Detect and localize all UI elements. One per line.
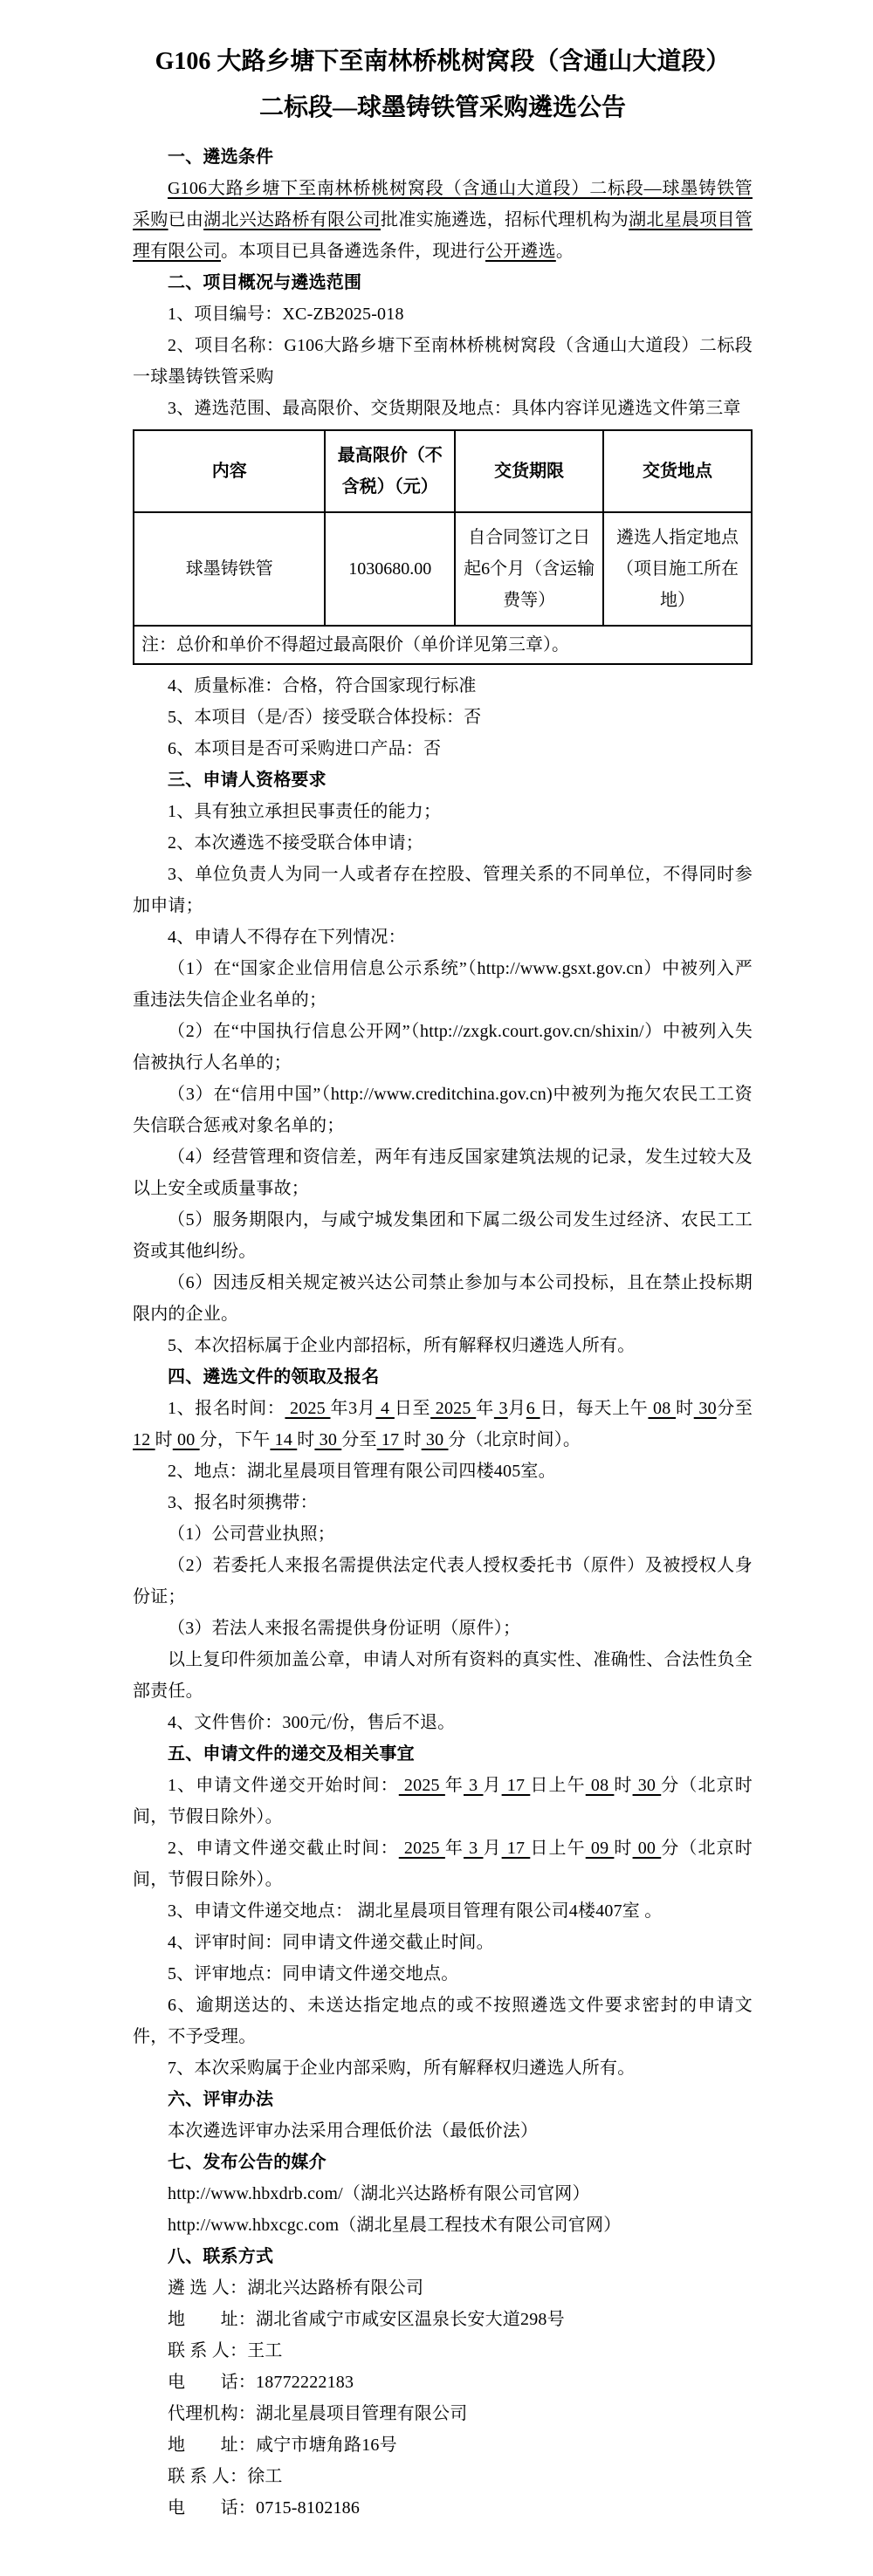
underlined-text: 08 xyxy=(586,1776,615,1795)
paragraph: 3、报名时须携带： xyxy=(133,1487,753,1518)
text-run: （6）因违反相关规定被兴达公司禁止参加与本公司投标，且在禁止投标期限内的企业。 xyxy=(133,1273,753,1324)
scope-table: 内容最高限价（不含税）（元）交货期限交货地点球墨铸铁管1030680.00自合同… xyxy=(133,429,753,665)
table-note-row: 注：总价和单价不得超过最高限价（单价详见第三章）。 xyxy=(134,626,752,664)
text-run: 2、地点：湖北星晨项目管理有限公司四楼405室。 xyxy=(168,1462,556,1481)
text-run: 年3月 xyxy=(331,1399,376,1418)
text-run: 5、本次招标属于企业内部招标，所有解释权归遴选人所有。 xyxy=(168,1336,635,1355)
text-run: http://www.hbxdrb.com/（湖北兴达路桥有限公司官网） xyxy=(168,2184,590,2203)
text-run: 1、申请文件递交开始时间： xyxy=(168,1776,399,1795)
text-run: 联 系 人：徐工 xyxy=(168,2467,283,2486)
underlined-text: 12 xyxy=(133,1430,155,1449)
paragraph: 3、遴选范围、最高限价、交货期限及地点：具体内容详见遴选文件第三章 xyxy=(133,393,753,424)
text-run: 分至 xyxy=(717,1399,753,1418)
text-run: 四、遴选文件的领取及报名 xyxy=(168,1367,379,1387)
underlined-text: 00 xyxy=(633,1839,662,1858)
paragraph: 电 话：0715-8102186 xyxy=(133,2492,753,2524)
paragraph: 1、项目编号：XC-ZB2025-018 xyxy=(133,298,753,330)
underlined-text: 17 xyxy=(502,1839,531,1858)
paragraph: 5、本项目（是/否）接受联合体投标：否 xyxy=(133,702,753,733)
paragraph: （5）服务期限内，与咸宁城发集团和下属二级公司发生过经济、农民工工资或其他纠纷。 xyxy=(133,1204,753,1267)
document-title: G106 大路乡塘下至南林桥桃树窝段（含通山大道段） 二标段—球墨铸铁管采购遴选… xyxy=(133,38,753,131)
text-run: 时 xyxy=(614,1776,632,1795)
underlined-text: 30 xyxy=(314,1430,341,1449)
text-run: 八、联系方式 xyxy=(168,2247,273,2266)
paragraph: 地 址：咸宁市塘角路16号 xyxy=(133,2429,753,2461)
text-run: 地 址：湖北省咸宁市咸安区温泉长安大道298号 xyxy=(168,2310,565,2329)
section-heading: 五、申请文件的递交及相关事宜 xyxy=(133,1738,753,1770)
text-run: 一、遴选条件 xyxy=(168,147,273,167)
underlined-text: 17 xyxy=(377,1430,404,1449)
table-cell: 遴选人指定地点（项目施工所在地） xyxy=(603,512,752,626)
section-heading: 二、项目概况与遴选范围 xyxy=(133,267,753,298)
text-run: 年 xyxy=(445,1839,464,1858)
paragraph: 5、评审地点：同申请文件递交地点。 xyxy=(133,1958,753,1990)
text-run: 时 xyxy=(614,1839,632,1858)
paragraph: （6）因违反相关规定被兴达公司禁止参加与本公司投标，且在禁止投标期限内的企业。 xyxy=(133,1267,753,1330)
underlined-text: 2025 xyxy=(399,1776,445,1795)
text-run: 。本项目已具备遴选条件，现进行 xyxy=(221,242,485,261)
underlined-text: 6 xyxy=(526,1399,540,1418)
underlined-text: 4 xyxy=(375,1399,394,1418)
text-run: 5、评审地点：同申请文件递交地点。 xyxy=(168,1964,458,1983)
text-run: （1）公司营业执照； xyxy=(168,1524,335,1544)
text-run: 时 xyxy=(676,1399,694,1418)
text-run: 日上午 xyxy=(530,1776,585,1795)
paragraph: 2、地点：湖北星晨项目管理有限公司四楼405室。 xyxy=(133,1456,753,1487)
announcement-document: G106 大路乡塘下至南林桥桃树窝段（含通山大道段） 二标段—球墨铸铁管采购遴选… xyxy=(0,0,873,2576)
table-cell: 球墨铸铁管 xyxy=(134,512,325,626)
text-run: 4、评审时间：同申请文件递交截止时间。 xyxy=(168,1933,494,1952)
section-heading: 七、发布公告的媒介 xyxy=(133,2147,753,2178)
text-run: 年 xyxy=(476,1399,494,1418)
table-note: 注：总价和单价不得超过最高限价（单价详见第三章）。 xyxy=(134,626,752,664)
underlined-text: 08 xyxy=(648,1399,676,1418)
underlined-text: 3 xyxy=(464,1776,483,1795)
table-header-cell: 最高限价（不含税）（元） xyxy=(325,430,455,512)
document-title-line2: 二标段—球墨铸铁管采购遴选公告 xyxy=(133,85,753,131)
underlined-text: 湖北兴达路桥有限公司 xyxy=(203,210,381,230)
text-run: 电 话：0715-8102186 xyxy=(168,2498,360,2518)
paragraph: 电 话：18772222183 xyxy=(133,2367,753,2398)
text-run: 日至 xyxy=(395,1399,430,1418)
underlined-text: 2025 xyxy=(285,1399,330,1418)
document-body: 一、遴选条件G106大路乡塘下至南林桥桃树窝段（含通山大道段）二标段—球墨铸铁管… xyxy=(133,141,753,2524)
paragraph: （1）在“国家企业信用信息公示系统”（http://www.gsxt.gov.c… xyxy=(133,953,753,1016)
paragraph: http://www.hbxcgc.com（湖北星晨工程技术有限公司官网） xyxy=(133,2209,753,2241)
text-run: （2）若委托人来报名需提供法定代表人授权委托书（原件）及被授权人身份证； xyxy=(133,1556,753,1607)
text-run: 。 xyxy=(556,242,574,261)
paragraph: （4）经营管理和资信差，两年有违反国家建筑法规的记录，发生过较大及以上安全或质量… xyxy=(133,1141,753,1204)
paragraph: 3、单位负责人为同一人或者存在控股、管理关系的不同单位，不得同时参加申请； xyxy=(133,859,753,921)
table-header-row: 内容最高限价（不含税）（元）交货期限交货地点 xyxy=(134,430,752,512)
underlined-text: 3 xyxy=(464,1839,483,1858)
text-run: 已由 xyxy=(168,210,204,230)
text-run: 地 址：咸宁市塘角路16号 xyxy=(168,2436,397,2455)
table-row: 球墨铸铁管1030680.00自合同签订之日起6个月（含运输费等）遴选人指定地点… xyxy=(134,512,752,626)
text-run: 时 xyxy=(403,1430,421,1449)
text-run: 代理机构：湖北星晨项目管理有限公司 xyxy=(168,2404,467,2423)
paragraph: 2、项目名称：G106大路乡塘下至南林桥桃树窝段（含通山大道段）二标段一球墨铸铁… xyxy=(133,330,753,393)
text-run: （1）在“国家企业信用信息公示系统”（http://www.gsxt.gov.c… xyxy=(133,959,753,1010)
document-title-line1: G106 大路乡塘下至南林桥桃树窝段（含通山大道段） xyxy=(133,38,753,85)
underlined-text: 00 xyxy=(173,1430,200,1449)
text-run: 五、申请文件的递交及相关事宜 xyxy=(168,1744,415,1764)
section-heading: 三、申请人资格要求 xyxy=(133,764,753,796)
paragraph: http://www.hbxdrb.com/（湖北兴达路桥有限公司官网） xyxy=(133,2178,753,2209)
table-cell: 自合同签订之日起6个月（含运输费等） xyxy=(455,512,603,626)
paragraph: 以上复印件须加盖公章，申请人对所有资料的真实性、准确性、合法性负全部责任。 xyxy=(133,1644,753,1707)
text-run: 分至 xyxy=(341,1430,376,1449)
text-run: 3、报名时须携带： xyxy=(168,1493,318,1512)
text-run: 月 xyxy=(483,1839,501,1858)
paragraph: 4、文件售价：300元/份，售后不退。 xyxy=(133,1707,753,1738)
text-run: 5、本项目（是/否）接受联合体投标：否 xyxy=(168,708,481,727)
paragraph: 6、本项目是否可采购进口产品：否 xyxy=(133,733,753,764)
text-run: 4、质量标准：合格，符合国家现行标准 xyxy=(168,676,477,695)
text-run: 批准实施遴选，招标代理机构为 xyxy=(381,210,629,230)
text-run: 6、逾期送达的、未送达指定地点的或不按照遴选文件要求密封的申请文件，不予受理。 xyxy=(133,1996,753,2046)
text-run: 二、项目概况与遴选范围 xyxy=(168,273,361,292)
underlined-text: 3 xyxy=(494,1399,508,1418)
text-run: 分，下午 xyxy=(200,1430,271,1449)
text-run: （3）在“信用中国”（http://www.creditchina.gov.cn… xyxy=(133,1085,753,1135)
paragraph: 7、本次采购属于企业内部采购，所有解释权归遴选人所有。 xyxy=(133,2052,753,2084)
text-run: 3、单位负责人为同一人或者存在控股、管理关系的不同单位，不得同时参加申请； xyxy=(133,865,753,915)
paragraph: （1）公司营业执照； xyxy=(133,1518,753,1550)
text-run: 3、申请文件递交地点： 湖北星晨项目管理有限公司4楼407室 。 xyxy=(168,1901,662,1921)
paragraph: （3）若法人来报名需提供身份证明（原件）； xyxy=(133,1613,753,1644)
underlined-text: 30 xyxy=(633,1776,662,1795)
underlined-text: 30 xyxy=(694,1399,717,1418)
paragraph: 联 系 人：王工 xyxy=(133,2335,753,2367)
text-run: 4、申请人不得存在下列情况： xyxy=(168,928,406,947)
text-run: 三、申请人资格要求 xyxy=(168,771,327,790)
underlined-text: 公开遴选 xyxy=(485,242,556,261)
text-run: 7、本次采购属于企业内部采购，所有解释权归遴选人所有。 xyxy=(168,2059,635,2078)
paragraph: 本次遴选评审办法采用合理低价法（最低价法） xyxy=(133,2115,753,2147)
paragraph: 地 址：湖北省咸宁市咸安区温泉长安大道298号 xyxy=(133,2304,753,2335)
section-heading: 八、联系方式 xyxy=(133,2241,753,2272)
paragraph: 1、具有独立承担民事责任的能力； xyxy=(133,796,753,827)
text-run: 日上午 xyxy=(530,1839,585,1858)
paragraph: 联 系 人：徐工 xyxy=(133,2461,753,2492)
table-cell: 1030680.00 xyxy=(325,512,455,626)
text-run: 3、遴选范围、最高限价、交货期限及地点：具体内容详见遴选文件第三章 xyxy=(168,399,741,418)
underlined-text: 14 xyxy=(270,1430,297,1449)
underlined-text: 2025 xyxy=(430,1399,476,1418)
text-run: 月 xyxy=(508,1399,526,1418)
paragraph: 3、申请文件递交地点： 湖北星晨项目管理有限公司4楼407室 。 xyxy=(133,1895,753,1927)
paragraph: 2、申请文件递交截止时间： 2025 年 3 月 17 日上午 09 时 00 … xyxy=(133,1833,753,1895)
text-run: 分（北京时间）。 xyxy=(449,1430,581,1449)
table-header-cell: 内容 xyxy=(134,430,325,512)
table-header-cell: 交货期限 xyxy=(455,430,603,512)
text-run: 联 系 人：王工 xyxy=(168,2341,283,2360)
text-run: 时 xyxy=(297,1430,314,1449)
text-run: （2）在“中国执行信息公开网”（http://zxgk.court.gov.cn… xyxy=(133,1022,753,1072)
text-run: 七、发布公告的媒介 xyxy=(168,2153,327,2172)
text-run: 本次遴选评审办法采用合理低价法（最低价法） xyxy=(168,2121,538,2141)
text-run: 六、评审办法 xyxy=(168,2090,273,2109)
text-run: （4）经营管理和资信差，两年有违反国家建筑法规的记录，发生过较大及以上安全或质量… xyxy=(133,1148,753,1198)
text-run: 1、项目编号：XC-ZB2025-018 xyxy=(168,305,404,324)
paragraph: （2）若委托人来报名需提供法定代表人授权委托书（原件）及被授权人身份证； xyxy=(133,1550,753,1613)
underlined-text: 17 xyxy=(502,1776,531,1795)
text-run: 2、项目名称：G106大路乡塘下至南林桥桃树窝段（含通山大道段）二标段一球墨铸铁… xyxy=(133,336,753,387)
section-heading: 一、遴选条件 xyxy=(133,141,753,173)
paragraph: 1、申请文件递交开始时间： 2025 年 3 月 17 日上午 08 时 30 … xyxy=(133,1770,753,1833)
text-run: （5）服务期限内，与咸宁城发集团和下属二级公司发生过经济、农民工工资或其他纠纷。 xyxy=(133,1210,753,1261)
text-run: 日，每天上午 xyxy=(540,1399,649,1418)
paragraph: （2）在“中国执行信息公开网”（http://zxgk.court.gov.cn… xyxy=(133,1016,753,1079)
text-run: 6、本项目是否可采购进口产品：否 xyxy=(168,739,441,758)
underlined-text: 2025 xyxy=(399,1839,445,1858)
section-heading: 六、评审办法 xyxy=(133,2084,753,2115)
paragraph: 5、本次招标属于企业内部招标，所有解释权归遴选人所有。 xyxy=(133,1330,753,1361)
paragraph: G106大路乡塘下至南林桥桃树窝段（含通山大道段）二标段—球墨铸铁管采购已由湖北… xyxy=(133,173,753,267)
text-run: 2、申请文件递交截止时间： xyxy=(168,1839,399,1858)
text-run: 2、本次遴选不接受联合体申请； xyxy=(168,833,423,853)
underlined-text: 30 xyxy=(422,1430,449,1449)
paragraph: 1、报名时间： 2025 年3月 4 日至 2025 年 3月6 日，每天上午 … xyxy=(133,1393,753,1456)
paragraph: 4、评审时间：同申请文件递交截止时间。 xyxy=(133,1927,753,1958)
text-run: 1、报名时间： xyxy=(168,1399,285,1418)
text-run: http://www.hbxcgc.com（湖北星晨工程技术有限公司官网） xyxy=(168,2216,621,2235)
paragraph: （3）在“信用中国”（http://www.creditchina.gov.cn… xyxy=(133,1079,753,1141)
paragraph: 遴 选 人：湖北兴达路桥有限公司 xyxy=(133,2272,753,2304)
section-heading: 四、遴选文件的领取及报名 xyxy=(133,1361,753,1393)
paragraph: 代理机构：湖北星晨项目管理有限公司 xyxy=(133,2398,753,2429)
text-run: 月 xyxy=(483,1776,501,1795)
text-run: 以上复印件须加盖公章，申请人对所有资料的真实性、准确性、合法性负全部责任。 xyxy=(133,1650,753,1701)
text-run: 4、文件售价：300元/份，售后不退。 xyxy=(168,1713,455,1732)
text-run: 遴 选 人：湖北兴达路桥有限公司 xyxy=(168,2278,423,2298)
text-run: 电 话：18772222183 xyxy=(168,2373,354,2392)
underlined-text: 09 xyxy=(586,1839,615,1858)
text-run: （3）若法人来报名需提供身份证明（原件）； xyxy=(168,1619,520,1638)
paragraph: 6、逾期送达的、未送达指定地点的或不按照遴选文件要求密封的申请文件，不予受理。 xyxy=(133,1990,753,2052)
table-header-cell: 交货地点 xyxy=(603,430,752,512)
paragraph: 4、质量标准：合格，符合国家现行标准 xyxy=(133,670,753,702)
text-run: 时 xyxy=(155,1430,173,1449)
paragraph: 2、本次遴选不接受联合体申请； xyxy=(133,827,753,859)
text-run: 年 xyxy=(445,1776,464,1795)
text-run: 1、具有独立承担民事责任的能力； xyxy=(168,802,441,821)
paragraph: 4、申请人不得存在下列情况： xyxy=(133,921,753,953)
